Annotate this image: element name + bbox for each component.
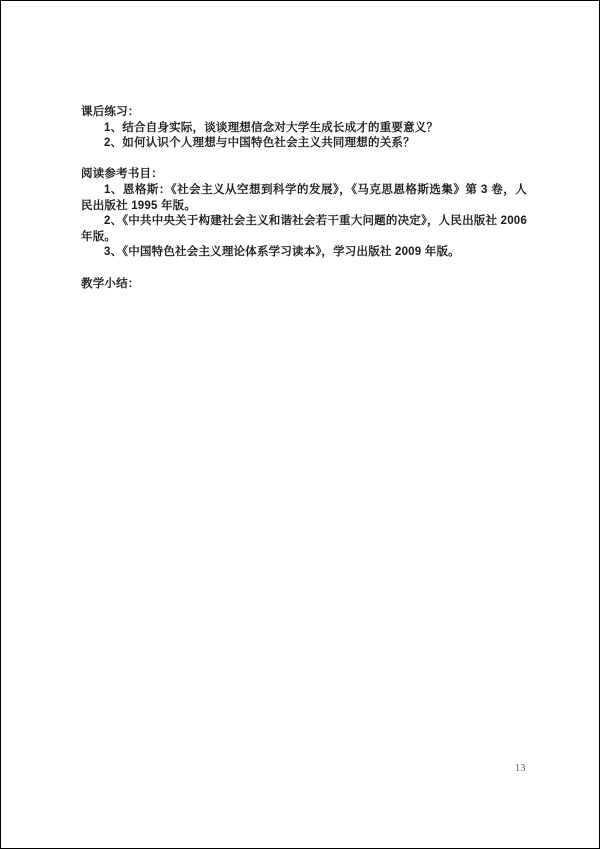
reference-item-3: 3、《中国特色社会主义理论体系学习读本》，学习出版社 2009 年版。	[81, 245, 527, 261]
page-number: 13	[515, 763, 526, 774]
section-teaching-summary: 教学小结：	[81, 277, 527, 293]
exercise-item-2: 2、如何认识个人理想与中国特色社会主义共同理想的关系？	[81, 136, 527, 152]
document-page: 课后练习： 1、结合自身实际，谈谈理想信念对大学生成长成才的重要意义？ 2、如何…	[0, 0, 600, 849]
reading-references-heading: 阅读参考书目：	[81, 167, 527, 183]
after-class-exercises-heading: 课后练习：	[81, 105, 527, 121]
teaching-summary-heading: 教学小结：	[81, 277, 527, 293]
section-after-class-exercises: 课后练习： 1、结合自身实际，谈谈理想信念对大学生成长成才的重要意义？ 2、如何…	[81, 105, 527, 152]
document-body: 课后练习： 1、结合自身实际，谈谈理想信念对大学生成长成才的重要意义？ 2、如何…	[81, 105, 527, 308]
reference-item-2: 2、《中共中央关于构建社会主义和谐社会若干重大问题的决定》，人民出版社 2006…	[81, 214, 527, 245]
reference-item-1: 1、恩格斯：《社会主义从空想到科学的发展》，《马克思恩格斯选集》第 3 卷，人民…	[81, 183, 527, 214]
section-reading-references: 阅读参考书目： 1、恩格斯：《社会主义从空想到科学的发展》，《马克思恩格斯选集》…	[81, 167, 527, 261]
exercise-item-1: 1、结合自身实际，谈谈理想信念对大学生成长成才的重要意义？	[81, 121, 527, 137]
